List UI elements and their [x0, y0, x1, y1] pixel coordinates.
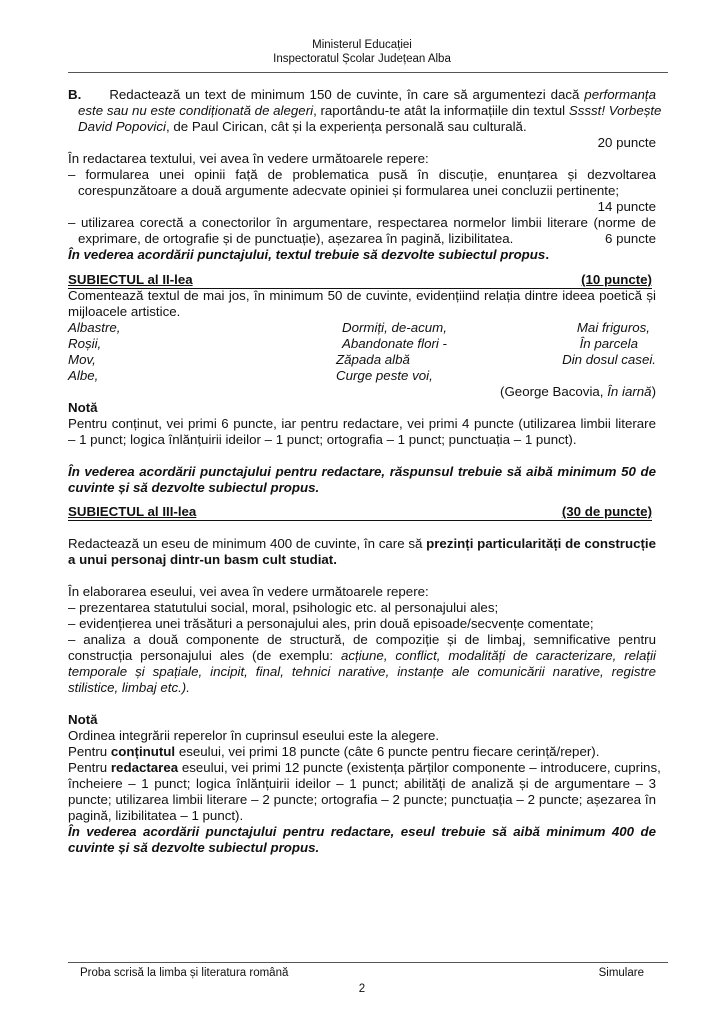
section-b-intro: În redactarea textului, vei avea în vede… [68, 151, 656, 167]
section-b-item-1-line-1: – formularea unei opinii față de problem… [68, 167, 656, 183]
page-header: Ministerul Educației Inspectoratul Școla… [0, 38, 724, 66]
poem-verse: Abandonate flori - [342, 336, 447, 352]
subject-2-requirement-line-1: În vederea acordării punctajului pentru … [68, 464, 656, 480]
poem-verse: Roșii, [68, 336, 101, 352]
subject-3-note-line-3: Pentru redactarea eseului, vei primi 12 … [68, 760, 656, 776]
subject-3-item-3-line-4: stilistice, limbaj etc.). [68, 680, 656, 696]
poem-verse: Albastre, [68, 320, 120, 336]
subject-3-note-title: Notă [68, 712, 656, 728]
subject-2-heading: SUBIECTUL al II-lea (10 puncte) [68, 272, 652, 289]
subject-2-note-line-1: Pentru conținut, vei primi 6 puncte, iar… [68, 416, 656, 432]
subject-3-note-line-6: pagină, lizibilitatea – 1 punct). [68, 808, 656, 824]
footer-divider [68, 962, 668, 963]
subject-2-title: SUBIECTUL al II-lea [68, 272, 193, 288]
subject-2-instruction-line-2: mijloacele artistice. [68, 304, 656, 320]
header-divider [68, 72, 668, 73]
subject-3-item-3-line-1: – analiza a două componente de structură… [68, 632, 656, 648]
subject-3-item-3-line-3: temporale și spațiale, incipit, final, t… [68, 664, 656, 680]
subject-3-intro: În elaborarea eseului, vei avea în veder… [68, 584, 656, 600]
subject-3-note-line-5: puncte; utilizarea limbii literare – 2 p… [68, 792, 656, 808]
poem-verse: Mov, [68, 352, 96, 368]
subject-3-note-line-1: Ordinea integrării reperelor în cuprinsu… [68, 728, 656, 744]
subject-3-item-3-line-2: construcția personajului ales (de exempl… [68, 648, 656, 664]
subject-3-note-line-4: încheiere – 1 punct; logica înlănțuirii … [68, 776, 656, 792]
poem-verse: Mai friguros, [577, 320, 650, 336]
poem-verse: Curge peste voi, [336, 368, 433, 384]
poem-attribution: (George Bacovia, În iarnă) [68, 384, 656, 400]
section-b-task-line-2: este sau nu este condiționată de alegeri… [78, 103, 656, 119]
subject-3-note-line-2: Pentru conținutul eseului, vei primi 18 … [68, 744, 656, 760]
section-b-item-2-line-1: – utilizarea corectă a conectorilor în a… [68, 215, 656, 231]
section-b-points: 20 puncte [68, 135, 656, 151]
subject-3-item-2: – evidențierea unei trăsături a personaj… [68, 616, 656, 632]
section-b-task-line-1: B.Redactează un text de minimum 150 de c… [68, 87, 656, 103]
section-b-label: B. [68, 87, 81, 102]
subject-3-requirement-line-1: În vederea acordării punctajului pentru … [68, 824, 656, 840]
subject-2-points: (10 puncte) [581, 272, 652, 288]
subject-3-title: SUBIECTUL al III-lea [68, 504, 196, 520]
subject-3-task-line-1: Redactează un eseu de minimum 400 de cuv… [68, 536, 656, 552]
poem-verse: În parcela [580, 336, 638, 352]
header-inspectorate: Inspectoratul Școlar Județean Alba [0, 52, 724, 66]
section-b-item-1-points: 14 puncte [68, 199, 656, 215]
header-ministry: Ministerul Educației [0, 38, 724, 52]
subject-3-requirement-line-2: cuvinte și să dezvolte subiectul propus. [68, 840, 656, 856]
subject-3-heading: SUBIECTUL al III-lea (30 de puncte) [68, 504, 652, 521]
subject-3-task-line-2: a unui personaj dintr-un basm cult studi… [68, 552, 656, 568]
subject-2-note-title: Notă [68, 400, 656, 416]
poem-verse: Din dosul casei. [562, 352, 656, 368]
poem-verse: Dormiți, de-acum, [342, 320, 447, 336]
poem-verse: Zăpada albă [336, 352, 410, 368]
page-number: 2 [0, 982, 724, 996]
footer-exam-name: Proba scrisă la limba și literatura româ… [80, 966, 288, 980]
subject-2-note-line-2: – 1 punct; logica înlănțuirii ideilor – … [68, 432, 656, 448]
poem-verse: Albe, [68, 368, 98, 384]
section-b-item-1-line-2: corespunzătoare a două argumente adecvat… [78, 183, 656, 199]
footer-label: Simulare [599, 966, 644, 980]
subject-2-requirement-line-2: cuvinte și să dezvolte subiectul propus. [68, 480, 656, 496]
subject-2-instruction-line-1: Comentează textul de mai jos, în minimum… [68, 288, 656, 304]
section-b-task-line-3: David Popovici, de Paul Cirican, cât și … [78, 119, 656, 135]
section-b-item-2-points: 6 puncte [68, 231, 656, 247]
section-b-note: În vederea acordării punctajului, textul… [68, 247, 656, 263]
subject-3-points: (30 de puncte) [562, 504, 652, 520]
subject-3-item-1: – prezentarea statutului social, moral, … [68, 600, 656, 616]
